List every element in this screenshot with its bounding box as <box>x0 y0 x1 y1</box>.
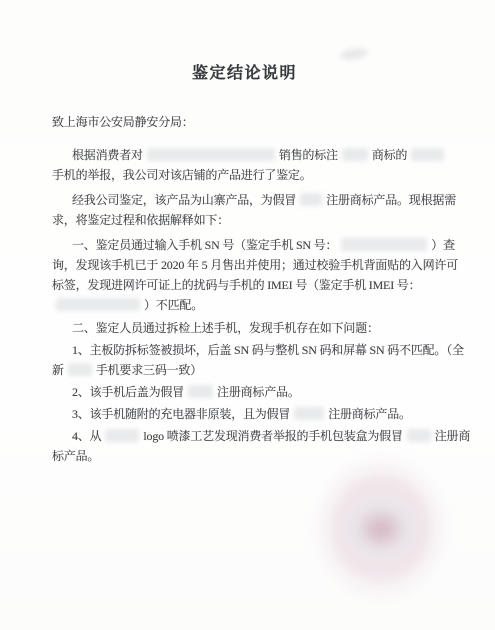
text-segment: ）查 <box>431 238 455 252</box>
text-segment: 手机要求三码一致） <box>96 363 202 377</box>
paragraph-item-2: 2、该手机后盖为假冒注册商标产品。 <box>52 382 444 402</box>
document-title: 鉴定结论说明 <box>52 60 437 88</box>
paragraph-para-report: 根据消费者对销售的标注商标的手机的举报，我公司对该店铺的产品进行了鉴定。 <box>52 145 444 185</box>
text-line: 根据消费者对销售的标注商标的 <box>52 145 444 165</box>
text-line: 1、主板防拆标签被损坏，后盖 SN 码与整机 SN 码和屏幕 SN 码不匹配。（… <box>52 340 444 360</box>
text-segment: 注册商 <box>435 429 470 443</box>
text-segment: 手机的举报，我公司对该店铺的产品进行了鉴定。 <box>52 168 312 182</box>
text-segment: 注册商标产品。现根据需 <box>326 193 456 207</box>
text-line: 一、鉴定员通过输入手机 SN 号（鉴定手机 SN 号：）查 <box>52 235 444 255</box>
text-line: 标签，发现进网许可证上的扰码与手机的 IMEI 号（鉴定手机 IMEI 号： <box>52 275 444 295</box>
text-segment: ）不匹配。 <box>144 298 203 312</box>
paragraph-item-3: 3、该手机随附的充电器非原装，且为假冒注册商标产品。 <box>52 404 444 424</box>
text-segment: 4、从 <box>72 429 101 443</box>
text-segment: 销售的标注 <box>279 148 338 162</box>
paragraph-section-two: 二、鉴定人员通过拆检上述手机，发现手机存在如下问题： <box>52 318 444 338</box>
text-line: 4、从logo 喷漆工艺发现消费者举报的手机包装盒为假冒注册商 <box>52 426 444 446</box>
document-sheet: 鉴定结论说明 致上海市公安局静安分局： 根据消费者对销售的标注商标的手机的举报，… <box>52 60 444 466</box>
text-segment: 商标的 <box>372 148 407 162</box>
text-segment: 标产品。 <box>52 449 99 463</box>
text-segment: 一、鉴定员通过输入手机 SN 号（鉴定手机 SN 号： <box>72 238 337 252</box>
redaction-blur <box>188 385 213 398</box>
text-segment: 新 <box>52 363 64 377</box>
text-line: 3、该手机随附的充电器非原装，且为假冒注册商标产品。 <box>52 404 444 424</box>
redaction-blur <box>341 238 427 251</box>
redaction-blur <box>56 298 140 311</box>
text-line: 手机的举报，我公司对该店铺的产品进行了鉴定。 <box>52 165 444 185</box>
text-segment: 1、主板防拆标签被损坏，后盖 SN 码与整机 SN 码和屏幕 SN 码不匹配。（… <box>72 343 464 357</box>
text-segment: 3、该手机随附的充电器非原装，且为假冒 <box>72 407 290 421</box>
redaction-blur <box>105 429 139 442</box>
redaction-blur <box>411 148 444 161</box>
red-seal-stamp <box>310 452 452 604</box>
text-segment: 2、该手机后盖为假冒 <box>72 385 184 399</box>
redaction-blur <box>147 148 275 161</box>
text-line: 求，将鉴定过程和依据解释如下： <box>52 210 444 230</box>
document-body: 根据消费者对销售的标注商标的手机的举报，我公司对该店铺的产品进行了鉴定。经我公司… <box>52 145 444 466</box>
text-segment: 询，发现该手机已于 2020 年 5 月售出并使用；通过校验手机背面贴的入网许可 <box>52 258 458 272</box>
text-segment: logo 喷漆工艺发现消费者举报的手机包装盒为假冒 <box>143 429 402 443</box>
text-line: 经我公司鉴定，该产品为山寨产品，为假冒注册商标产品。现根据需 <box>52 190 444 210</box>
text-line: 二、鉴定人员通过拆检上述手机，发现手机存在如下问题： <box>52 318 444 338</box>
text-segment: 经我公司鉴定，该产品为山寨产品，为假冒 <box>72 193 296 207</box>
text-line: ）不匹配。 <box>52 295 444 315</box>
text-segment: 标签，发现进网许可证上的扰码与手机的 IMEI 号（鉴定手机 IMEI 号： <box>52 278 420 292</box>
text-line: 询，发现该手机已于 2020 年 5 月售出并使用；通过校验手机背面贴的入网许可 <box>52 255 444 275</box>
redaction-blur <box>68 363 92 376</box>
scan-smudge <box>339 47 368 61</box>
text-segment: 二、鉴定人员通过拆检上述手机，发现手机存在如下问题： <box>72 321 379 335</box>
redaction-blur <box>300 193 322 206</box>
paragraph-para-conclusion: 经我公司鉴定，该产品为山寨产品，为假冒注册商标产品。现根据需求，将鉴定过程和依据… <box>52 190 444 230</box>
text-segment: 根据消费者对 <box>72 148 143 162</box>
redaction-blur <box>407 429 431 442</box>
redaction-blur <box>342 148 368 161</box>
salutation: 致上海市公安局静安分局： <box>52 112 444 132</box>
text-line: 新手机要求三码一致） <box>52 360 444 380</box>
redaction-blur <box>294 407 324 420</box>
red-seal-core <box>358 510 404 548</box>
text-line: 2、该手机后盖为假冒注册商标产品。 <box>52 382 444 402</box>
scanned-document-page: 鉴定结论说明 致上海市公安局静安分局： 根据消费者对销售的标注商标的手机的举报，… <box>0 0 495 630</box>
paragraph-section-one: 一、鉴定员通过输入手机 SN 号（鉴定手机 SN 号：）查询，发现该手机已于 2… <box>52 235 444 315</box>
text-segment: 注册商标产品。 <box>217 385 300 399</box>
paragraph-item-1: 1、主板防拆标签被损坏，后盖 SN 码与整机 SN 码和屏幕 SN 码不匹配。（… <box>52 340 444 380</box>
text-segment: 求，将鉴定过程和依据解释如下： <box>52 213 229 227</box>
text-segment: 注册商标产品。 <box>328 407 411 421</box>
